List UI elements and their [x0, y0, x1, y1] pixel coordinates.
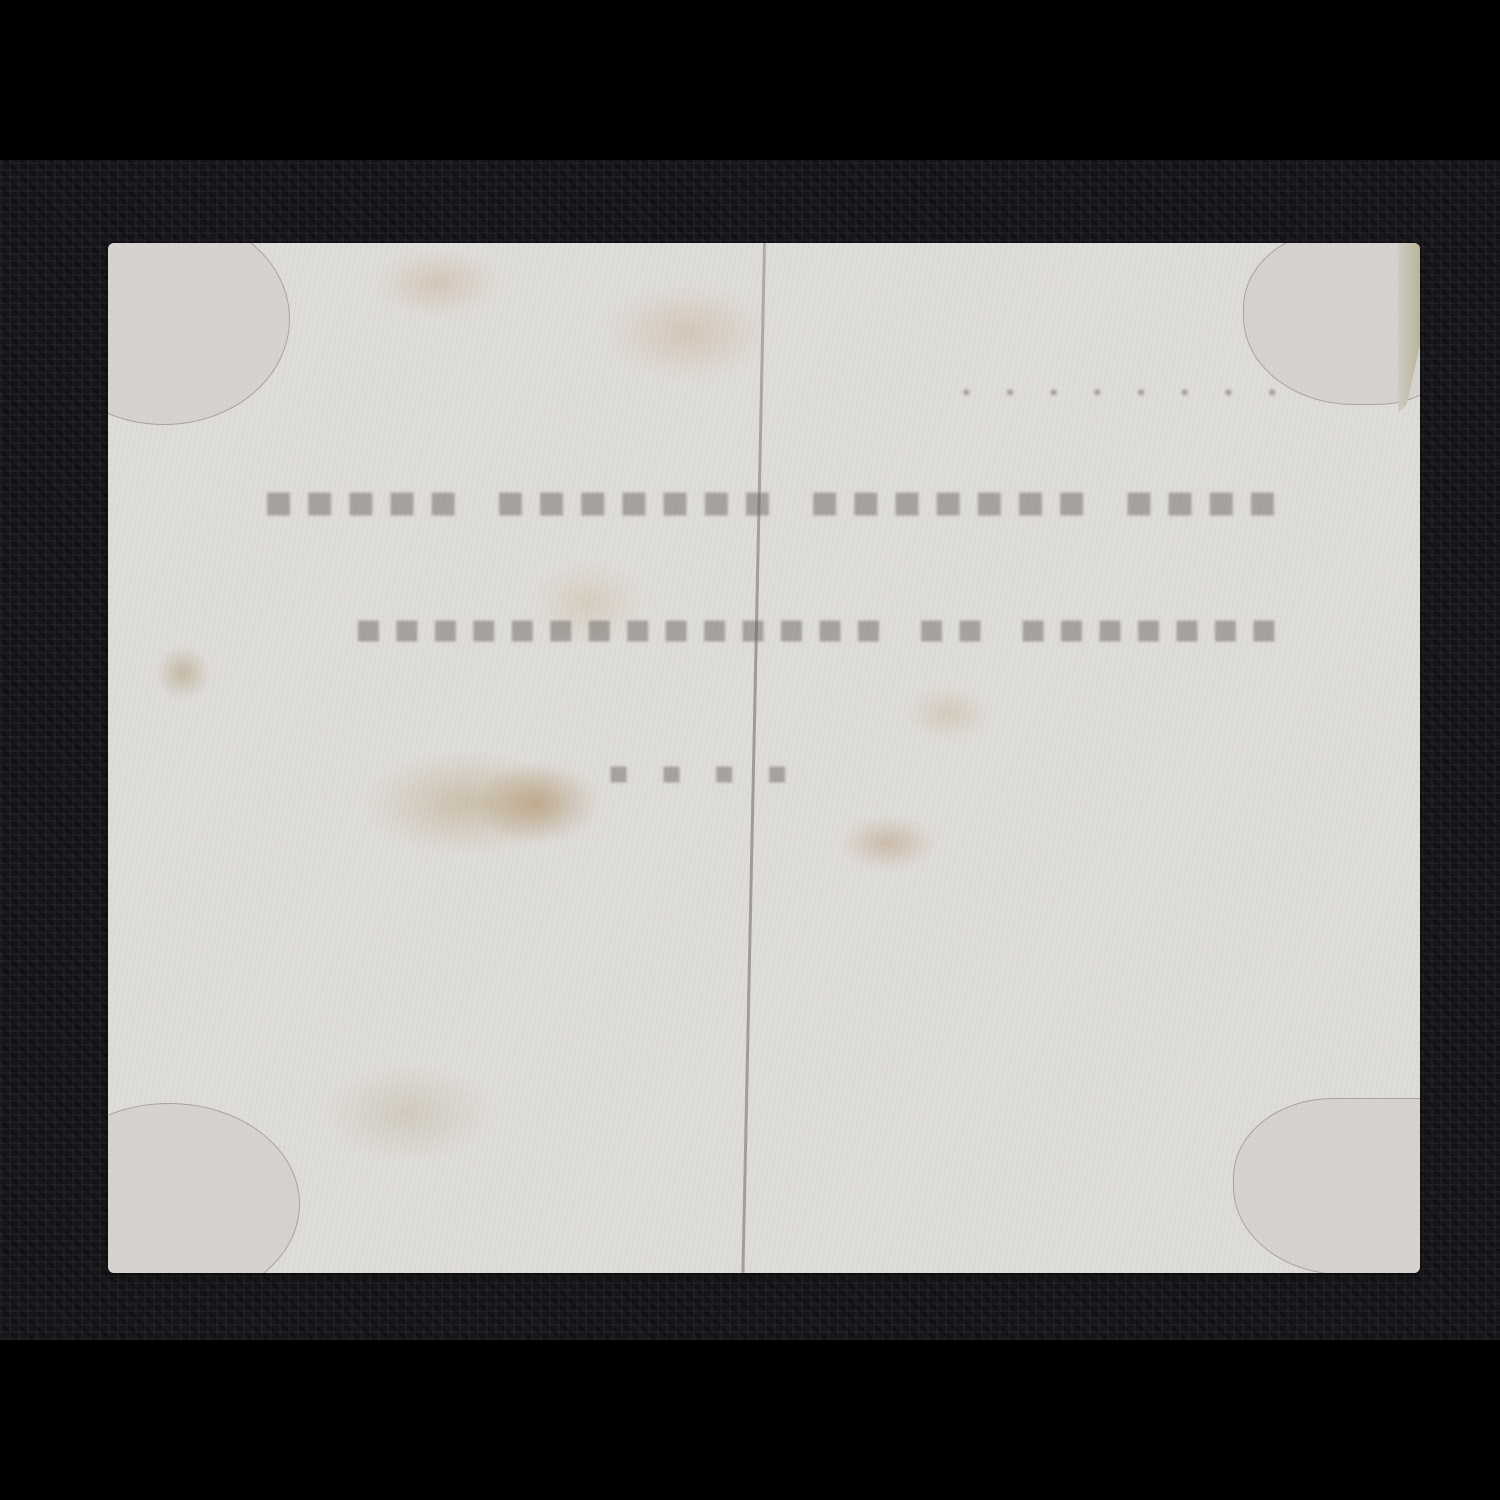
- paper-note-back: · · · · · · · · ▪▪▪▪ ▪▪▪▪▪▪▪ ▪▪▪▪▪▪▪ ▪▪▪…: [108, 243, 1420, 1273]
- bleed-through-text-row: · · · · · · · ·: [198, 373, 1278, 413]
- hinge-mark-bottom-right: [1233, 1098, 1420, 1273]
- hinge-mark-bottom-left: [108, 1103, 300, 1273]
- bleed-through-text-row: ▪▪▪▪▪▪▪ ▪▪ ▪▪▪▪▪▪▪▪▪▪▪▪▪▪: [198, 603, 1278, 652]
- bleed-through-text-row: ▪▪▪▪ ▪▪▪▪▪▪▪ ▪▪▪▪▪▪▪ ▪▪▪▪▪: [198, 473, 1278, 527]
- bleed-through-text-row: ▪ ▪ ▪ ▪: [588, 753, 788, 791]
- photo-frame: · · · · · · · · ▪▪▪▪ ▪▪▪▪▪▪▪ ▪▪▪▪▪▪▪ ▪▪▪…: [0, 0, 1500, 1500]
